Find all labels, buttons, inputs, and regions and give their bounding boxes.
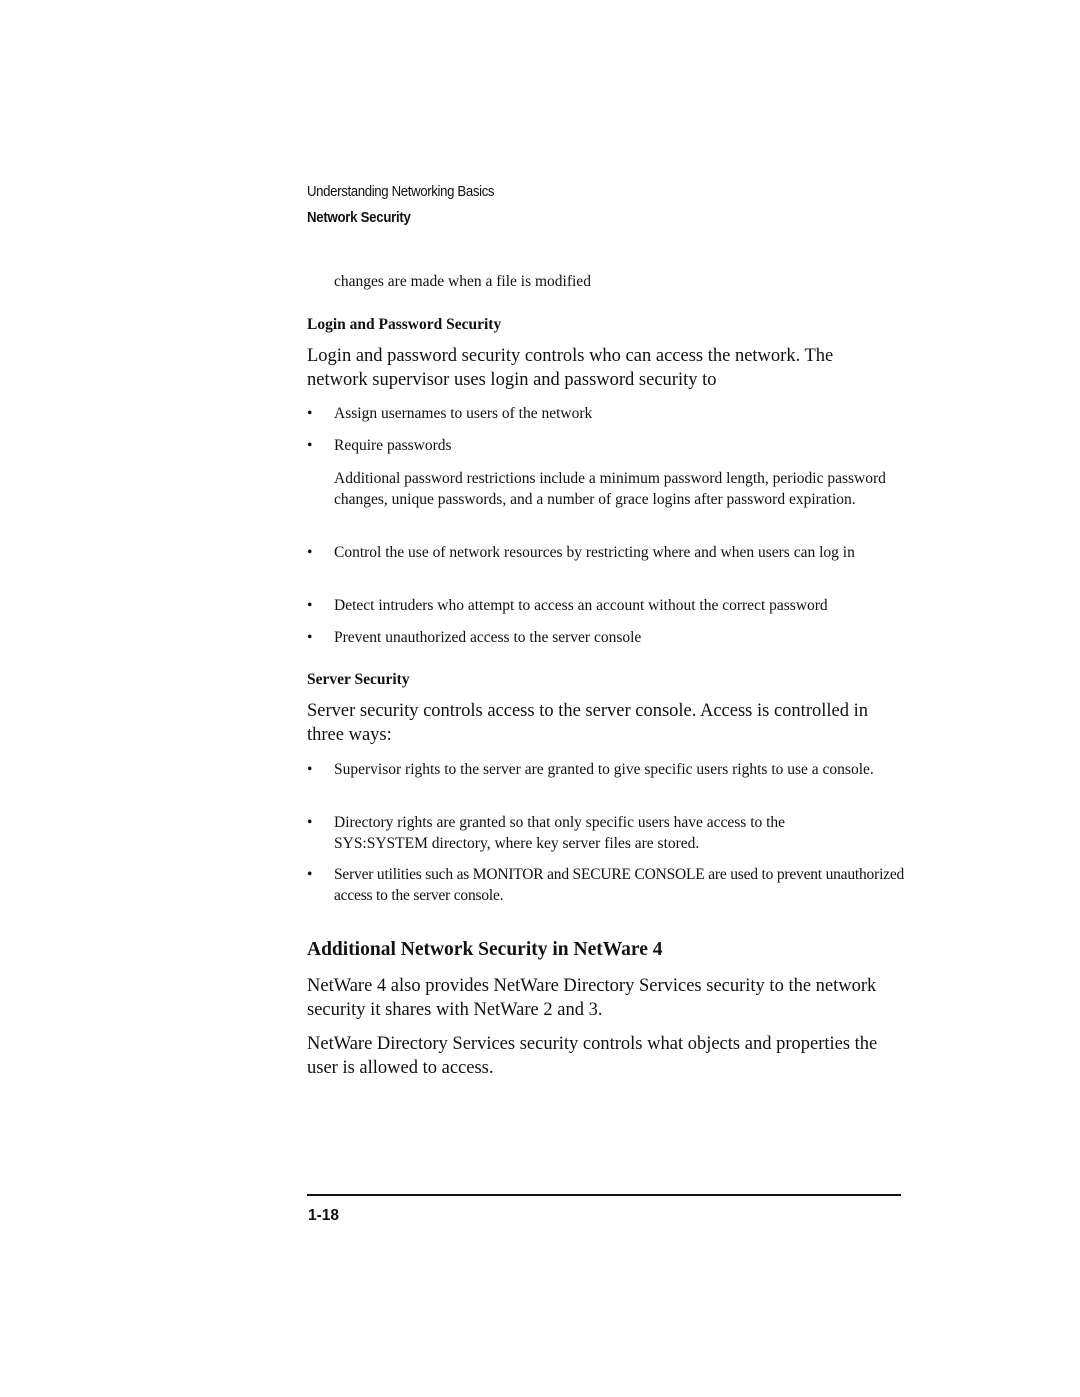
running-header: Understanding Networking Basics Network … [307, 182, 520, 228]
password-restrictions-note: Additional password restrictions include… [334, 468, 904, 510]
document-page: Understanding Networking Basics Network … [0, 0, 1080, 1397]
login-password-heading: Login and Password Security [307, 315, 501, 335]
footer-rule [307, 1194, 901, 1196]
bullet-icon: • [307, 864, 319, 885]
bullet-icon: • [307, 759, 319, 780]
server-security-intro: Server security controls access to the s… [307, 700, 902, 747]
netware4-section-heading: Additional Network Security in NetWare 4 [307, 938, 663, 962]
running-header-chapter: Understanding Networking Basics [307, 182, 494, 202]
bullet-icon: • [307, 542, 319, 563]
login-bullet-item: Detect intruders who attempt to access a… [334, 595, 909, 616]
login-bullet-item: Require passwords [334, 435, 909, 456]
login-bullet-item: Prevent unauthorized access to the serve… [334, 627, 909, 648]
bullet-icon: • [307, 403, 319, 424]
login-bullet-item: Control the use of network resources by … [334, 542, 904, 563]
bullet-icon: • [307, 627, 319, 648]
login-bullet-item: Assign usernames to users of the network [334, 403, 909, 424]
server-bullet-item: Supervisor rights to the server are gran… [334, 759, 894, 780]
bullet-icon: • [307, 595, 319, 616]
bullet-icon: • [307, 812, 319, 833]
running-header-section: Network Security [307, 208, 494, 228]
page-number: 1-18 [308, 1206, 339, 1226]
server-bullet-item: Directory rights are granted so that onl… [334, 812, 874, 854]
server-bullet-item: Server utilities such as MONITOR and SEC… [334, 864, 909, 906]
netware4-paragraph: NetWare Directory Services security cont… [307, 1033, 887, 1080]
login-password-intro: Login and password security controls who… [307, 345, 887, 392]
bullet-icon: • [307, 435, 319, 456]
server-security-heading: Server Security [307, 670, 410, 690]
continuation-text: changes are made when a file is modified [334, 271, 909, 292]
netware4-paragraph: NetWare 4 also provides NetWare Director… [307, 975, 905, 1022]
